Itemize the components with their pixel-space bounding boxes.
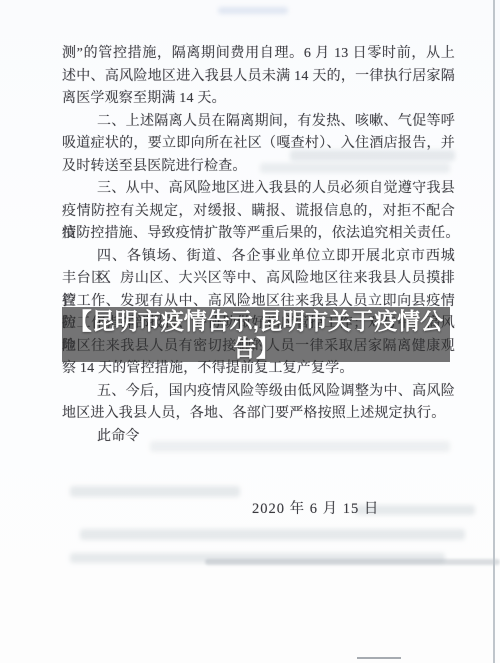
document-line: 及时转送至县医院进行检查。	[62, 156, 455, 179]
document-line: 四、各镇场、街道、各企事业单位立即开展北京市西城区、	[97, 246, 455, 269]
document-line: 疫情防控有关规定，对缓报、瞒报、谎报信息的，对拒不配合疫	[62, 201, 455, 224]
document-line: 离医学观察至期满 14 天。	[62, 88, 455, 111]
document-line: 情防控措施、导致疫情扩散等严重后果的，依法追究相关责任。	[62, 223, 455, 246]
document-line: 述中、高风险地区进入我县人员未满 14 天的，一律执行居家隔	[62, 66, 455, 89]
document-line: 三、从中、高风险地区进入我县的人员必须自觉遵守我县	[97, 178, 455, 201]
title-overlay-banner: 【昆明市疫情告示,昆明市关于疫情公告】	[62, 307, 450, 362]
document-line: 吸道症状的，要立即向所在社区（嘎查村）、入住酒店报告，并	[62, 133, 455, 156]
document-line: 地区进入我县人员，各地、各部门要严格按照上述规定执行。	[62, 403, 455, 426]
document-line: 二、上述隔离人员在隔离期间，有发热、咳嗽、气促等呼	[97, 111, 455, 134]
document-line: 此命令	[97, 426, 455, 449]
document-date: 2020 年 6 月 15 日	[252, 497, 379, 518]
document-line: 测”的管控措施，隔离期间费用自理。6 月 13 日零时前，从上	[62, 43, 455, 66]
scanned-document-page: 测”的管控措施，隔离期间费用自理。6 月 13 日零时前，从上述中、高风险地区进…	[0, 0, 500, 663]
document-line: 丰台区、房山区、大兴区等中、高风险地区往来我县人员摸排管	[62, 268, 455, 291]
overlay-title-text: 【昆明市疫情告示,昆明市关于疫情公告】	[65, 307, 447, 362]
document-line: 五、今后，国内疫情风险等级由低风险调整为中、高风险	[97, 381, 455, 404]
page-edge-line	[493, 0, 495, 663]
scan-artifact-line	[357, 657, 401, 659]
